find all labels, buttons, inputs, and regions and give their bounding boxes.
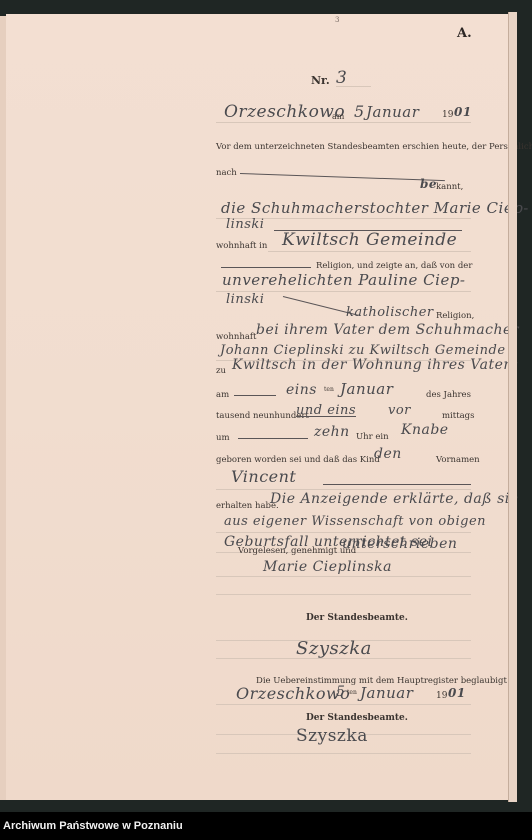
certification-ten: ten [347,689,357,696]
record-number-value: 3 [336,68,347,88]
informant-signature: Marie Cieplinska [263,559,392,575]
des-jahres-label: des Jahres [426,390,471,400]
informant-line2: linski [226,217,264,232]
informant-line1: die Schuhmacherstochter Marie Ciep- [221,199,529,217]
vornamen-label: Vornamen [436,455,480,465]
certification-standesbeamte-title: Der Standesbeamte. [306,713,408,723]
page-edge-right [508,12,517,802]
mother-religion-handwritten: katholischer [346,305,434,320]
wohnhaft-in-label: wohnhaft in [216,241,267,251]
um-strike-line [238,438,308,439]
birth-hour-handwritten: zehn [314,424,350,440]
informant-signature-rule [216,576,471,577]
blank-signature-rule [216,594,471,595]
mother-residence-line1: bei ihrem Vater dem Schuhmacher [256,322,519,338]
birth-year-strike [296,416,356,417]
certification-date-rule [216,704,471,705]
nach-label: nach [216,168,237,178]
mother-residence-line2: Johann Cieplinski zu Kwiltsch Gemeinde [220,343,506,358]
religion-text: Religion, und zeigte an, daß von der [316,261,472,271]
religion-strike-line [221,267,311,268]
statement-line1: Die Anzeigende erklärte, daß sie [270,491,519,507]
nach-strike-line [240,173,445,181]
year-suffix-handwritten: 01 [454,105,472,119]
vorgelesen-label: Vorgelesen, genehmigt und [238,546,356,556]
bekannt-handwritten: be [420,177,437,191]
am-label-2: am [216,390,229,400]
archive-name: Archiwum Państwowe w Poznaniu [3,820,183,832]
uhr-ein-label: Uhr ein [356,432,389,442]
mother-line2: linski [226,292,264,307]
certification-year-suffix: 01 [448,686,466,700]
day-handwritten: 5 [354,102,365,121]
certification-year-prefix: 19 [436,691,447,701]
child-name-handwritten: Vincent [231,467,296,486]
record-number-label: Nr. [311,74,330,87]
child-name-rule [216,489,471,490]
mittags-label: mittags [442,411,474,421]
wohnhaft-label: wohnhaft [216,332,256,342]
mother-line1: unverehelichten Pauline Ciep- [222,271,466,289]
signature-bottom-rule [216,658,471,659]
section-letter: A. [457,26,472,41]
place-date-line [216,122,471,123]
birth-day-handwritten: eins [286,382,317,398]
um-label: um [216,433,230,443]
place-handwritten: Orzeschkowo [224,102,345,122]
intro-text: Vor dem unterzeichneten Standesbeamten e… [216,142,532,152]
registrar-signature: Szyszka [296,638,372,659]
am-pm-handwritten: vor [388,403,411,418]
child-sex-handwritten: Knabe [401,422,449,438]
am-strike-line [234,395,276,396]
tausend-label: tausend neunhundert [216,411,309,421]
statement-line2-rule [216,532,471,533]
child-name-strike [323,484,471,485]
unterschrieben-handwritten: unterschrieben [342,536,457,552]
residence-handwritten: Kwiltsch Gemeinde [282,230,457,250]
record-number-line [336,86,371,87]
ten-label: ten [324,386,334,393]
zu-label: zu [216,366,226,376]
statement-line2: aus eigener Wissenschaft von obigen [224,514,486,529]
month-handwritten: Januar [366,103,419,121]
certification-signature: Szyszka [296,726,368,746]
religion-label: Religion, [436,311,474,321]
birth-month-handwritten: Januar [340,380,393,398]
certification-month: Januar [360,684,413,702]
am-label: am [332,112,344,121]
document-page: 3 A. Nr. 3 Orzeschkowo am 5 Januar 19 01… [6,14,513,800]
geboren-text: geboren worden sei und daß das Kind [216,455,380,465]
certification-place: Orzeschkowo [236,684,350,703]
bekannt-label: kannt, [436,182,463,192]
child-article-handwritten: den [374,446,402,462]
birth-place-handwritten: Kwiltsch in der Wohnung ihres Vaters [232,357,518,373]
certification-day: 5 [336,684,345,700]
standesbeamte-title: Der Standesbeamte. [306,613,408,623]
year-prefix: 19 [442,110,453,120]
certification-signature-bottom-rule [216,753,471,754]
page-number-mark: 3 [335,16,339,24]
residence-rule [268,251,471,252]
